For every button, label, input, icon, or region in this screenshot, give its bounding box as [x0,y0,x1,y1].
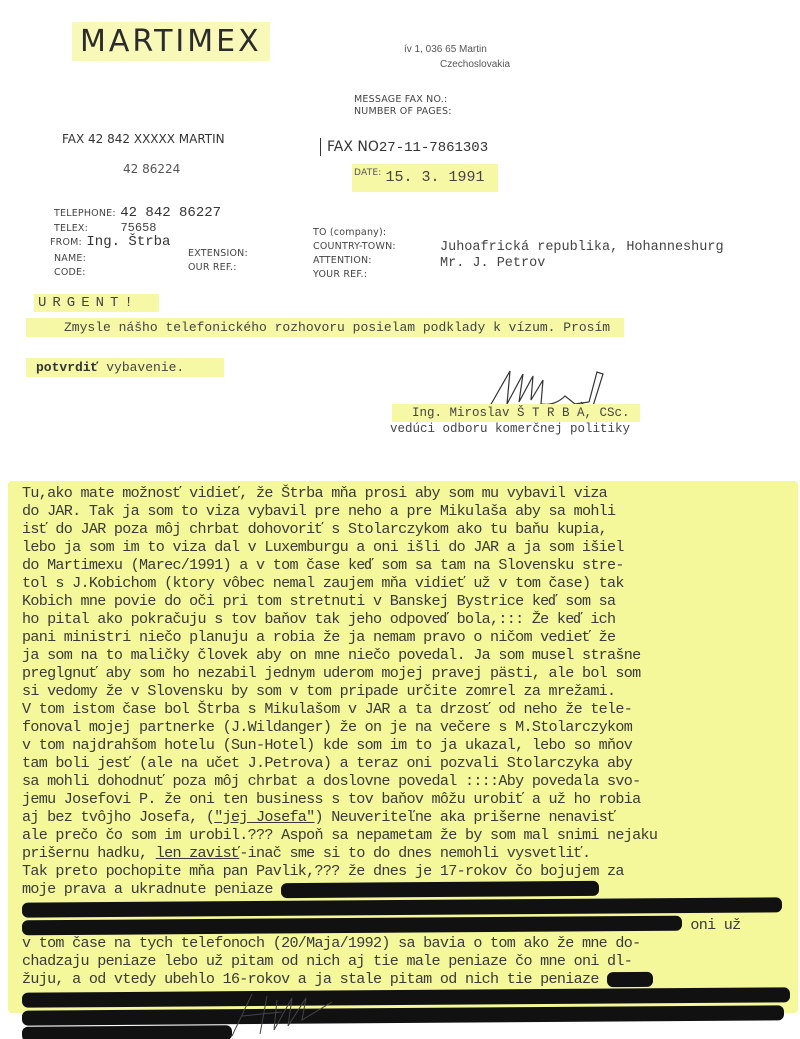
country-town-label: COUNTRY-TOWN: [313,240,396,254]
message-line-1: Zmysle nášho telefonického rozhovoru pos… [26,318,624,337]
attention-value: Mr. J. Petrov [440,256,545,271]
annotation-line: ho pital ako pokračuju s tov baňov tak j… [22,610,800,628]
name-row: NAME: EXTENSION: [54,248,254,262]
annotation-line: ja som na to maličky človek aby on mne n… [22,646,800,664]
redaction-bar [22,915,682,935]
annotation-line: v tom čase na tych telefonoch (20/Maja/1… [22,934,800,952]
annotation-line: Tak preto pochopite mňa pan Pavlik,??? ž… [22,862,800,880]
redaction-bar [22,897,782,917]
extension-label: EXTENSION: [188,248,248,259]
signer-name: Ing. Miroslav Š T R B A, CSc. [392,404,640,422]
annotation-line-redacted [22,988,800,1006]
annotation-line: isť do JAR poza môj chrbat dohovoriť s S… [22,520,800,538]
recipient-fax: FAX NO27-11-7861303 [320,138,488,156]
company-country: Czechoslovakia [440,59,510,70]
your-ref-label: YOUR REF.: [313,268,396,282]
country-town-value: Juhoafrická republika, Hohanneshurg [440,240,724,255]
fax-no-label: FAX NO [327,139,379,155]
annotation-line: aj bez tvôjho Josefa, ("jej Josefa") Neu… [22,808,800,826]
recipient-labels: TO (company): COUNTRY-TOWN: ATTENTION: Y… [313,226,396,282]
to-company-label: TO (company): [313,226,396,240]
our-ref-label: OUR REF.: [188,262,237,273]
annotation-line: si vedomy že v Slovensku by som v tom pr… [22,682,800,700]
company-address: ív 1, 036 65 Martin [404,44,487,55]
annotation-line: preglgnuť aby som ho nezabil jednym uder… [22,664,800,682]
annotation-line: do JAR. Tak ja som to viza vybavil pre n… [22,502,800,520]
message-line-2-rest: vybavenie. [98,360,184,375]
divider [320,138,321,156]
code-row: CODE: OUR REF.: [54,262,254,276]
underlined-text: len zavisť [156,844,240,862]
annotation-line-redacted [22,1006,800,1024]
date-field: DATE:15. 3. 1991 [352,164,498,192]
redaction-bar [22,1025,232,1039]
annotation-line-redacted [22,1024,800,1039]
annotation-line: tol s J.Kobichom (ktory vôbec nemal zauj… [22,574,800,592]
confirm-word: potvrdiť [36,360,98,375]
annotation-line: sa mohli dohodnuť poza môj chrbat a dosl… [22,772,800,790]
redaction-bar [22,987,790,1007]
number-of-pages-label: NUMBER OF PAGES: [354,106,452,117]
annotation-line: prišernu hadku, len zavisť-inač sme si t… [22,844,800,862]
annotation-line: lebo ja som im to viza dal v Luxemburgu … [22,538,800,556]
annotation-line [22,898,800,916]
date-value: 15. 3. 1991 [385,169,484,186]
annotation-line: oni už [22,916,800,934]
sender-fax-number: FAX 42 842 XXXXX MARTIN [62,132,225,146]
annotation-line: žuju, a od vtedy ubehlo 16-rokov a ja st… [22,970,800,988]
redaction-bar [281,880,599,897]
underlined-text: "jej Josefa" [214,808,314,826]
date-label: DATE: [354,168,381,178]
annotation-line: Tu,ako mate možnosť vidieť, že Štrba mňa… [22,484,800,502]
sender-fax-number-2: 42 86224 [123,162,180,176]
annotation-line: pani ministri niečo planuju a robia že j… [22,628,800,646]
annotation-line: v tom najdrahšom hotelu (Sun-Hotel) kde … [22,736,800,754]
annotation-line: chadzaju peniaze lebo už pitam od nich a… [22,952,800,970]
annotation-line: fonoval mojej partnerke (J.Wildanger) že… [22,718,800,736]
annotation-line: moje prava a ukradnute peniaze [22,880,800,898]
annotation-line: Kobich mne povie do oči pri tom stretnut… [22,592,800,610]
redaction-bar [22,1005,784,1025]
signature-icon [222,990,342,1038]
urgent-label: URGENT! [34,294,159,312]
annotation-text: Tu,ako mate možnosť vidieť, že Štrba mňa… [22,484,800,1039]
annotation-line: ale prečo čo som im urobil.??? Aspoň sa … [22,826,800,844]
company-logo: MARTIMEX [72,22,270,61]
code-label: CODE: [54,267,86,278]
redaction-bar [607,971,653,986]
fax-no-value: 27-11-7861303 [379,140,488,156]
annotation-line: jemu Josefovi P. že oni ten business s t… [22,790,800,808]
annotation-line: tam boli jesť (ale na učet J.Petrova) a … [22,754,800,772]
attention-label: ATTENTION: [313,254,396,268]
message-line-2: potvrdiť vybavenie. [26,358,224,377]
signer-title: vedúci odboru komerčnej politiky [390,422,630,436]
annotation-line: V tom istom čase bol Štrba s Mikulašom v… [22,700,800,718]
message-fax-label: MESSAGE FAX NO.: [354,94,447,105]
annotation-line: do Martimexu (Marec/1991) a v tom čase k… [22,556,800,574]
from-label: FROM: [50,237,82,248]
